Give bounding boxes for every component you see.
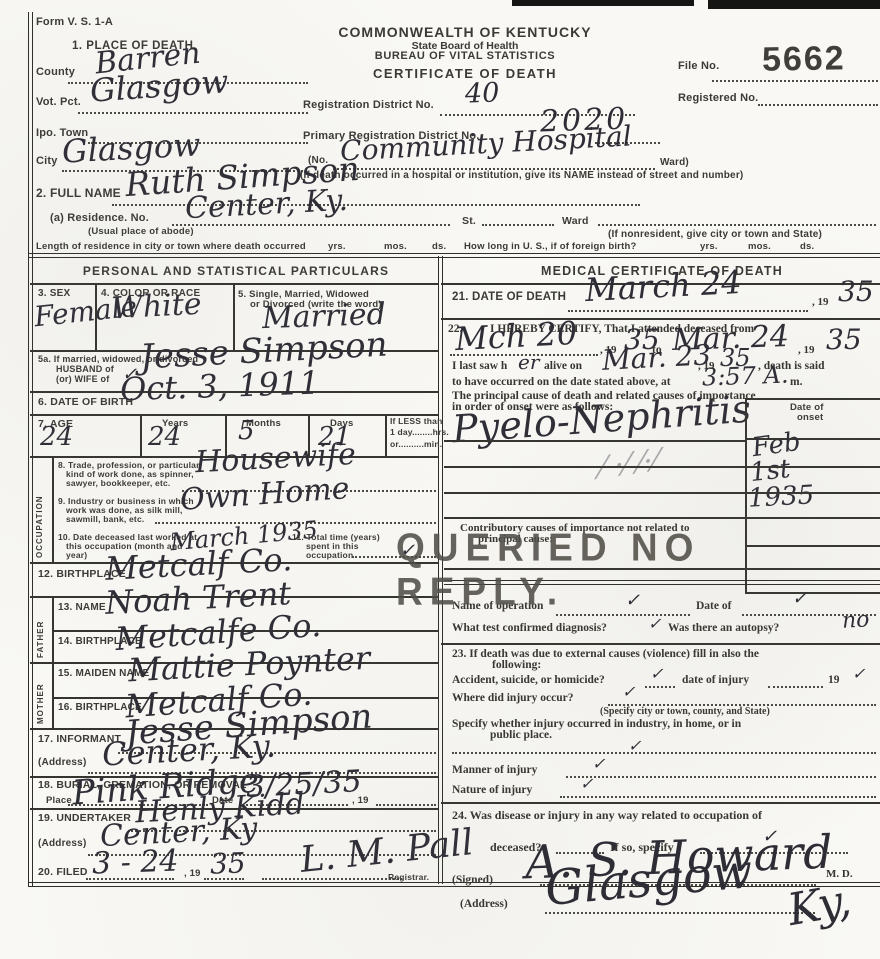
mos-label: mos.: [384, 241, 407, 252]
date-of-onset-label2: onset: [797, 412, 823, 423]
rule: [645, 686, 675, 688]
commonwealth-title: COMMONWEALTH OF KENTUCKY: [300, 24, 630, 40]
rule: [385, 414, 387, 456]
date-of-birth-value: Oct. 3, 1911: [120, 367, 320, 406]
her-value: er: [518, 352, 539, 372]
age-value: 24: [40, 424, 73, 450]
date-of-injury-label: date of injury: [682, 674, 749, 686]
registration-district-value: 40: [465, 79, 500, 107]
test-confirmed-label: What test confirmed diagnosis?: [452, 622, 607, 634]
mos-label: mos.: [748, 241, 771, 252]
if-less-hrs-label: 1 day........hrs.: [390, 427, 449, 437]
industry-value: Own Home: [179, 474, 350, 516]
hospital-note: (If death occurred in a hospital or inst…: [300, 170, 743, 181]
rule: [140, 414, 142, 456]
registrar-label: Registrar.: [388, 872, 429, 882]
filed-date-value: 3 - 24: [92, 847, 179, 880]
yrs-label: yrs.: [328, 241, 346, 252]
street-label: St.: [462, 215, 476, 227]
specify-city-note: (Specify city or town, county, and State…: [600, 706, 770, 717]
city-label: City: [36, 155, 58, 167]
rule: [768, 686, 823, 688]
pencil-marks: ⁄ ·⁄ ⁄·⁄: [598, 446, 660, 484]
abode-note: (Usual place of abode): [88, 226, 194, 237]
rule: [52, 596, 54, 662]
rule: [482, 224, 554, 226]
mother-side-label: MOTHER: [36, 666, 45, 724]
county-label: County: [36, 66, 75, 78]
last-worked-label3: year): [66, 550, 87, 560]
residence-value: Center, Ky.: [184, 186, 348, 224]
to-19-label: , 19: [798, 344, 815, 356]
date-of-death-year-value: 35: [838, 278, 874, 306]
file-no-label: File No.: [678, 60, 719, 72]
scan-edge-artifact: [708, 0, 880, 9]
nonresident-note: (If nonresident, give city or town and S…: [608, 229, 822, 240]
physician-address-state-value: Ky,: [785, 879, 855, 933]
filed-year-value: 35: [210, 849, 247, 878]
rule: [30, 414, 438, 416]
burial-date-19-label: , 19: [352, 795, 369, 806]
length-of-residence-label: Length of residence in city or town wher…: [36, 241, 306, 252]
industry-label3: sawmill, bank, etc.: [66, 514, 144, 524]
ds-label: ds.: [800, 241, 814, 252]
rule: [556, 614, 690, 616]
scan-edge-artifact: [512, 0, 694, 6]
filed-label: 20. FILED: [38, 866, 88, 878]
ds-label: ds.: [432, 241, 446, 252]
form-number: Form V. S. 1-A: [36, 16, 113, 28]
manner-of-injury-label: Manner of injury: [452, 764, 537, 776]
rule: [598, 224, 876, 226]
if-less-min-label: or..........min.: [390, 439, 442, 449]
precinct-value: Glasgow: [89, 65, 229, 107]
rule: [560, 796, 876, 798]
date-of-death-label: 21. DATE OF DEATH: [452, 291, 566, 303]
date-of-death-19-label: , 19: [812, 296, 829, 308]
if-less-label: If LESS than: [390, 416, 442, 426]
autopsy-label: Was there an autopsy?: [668, 622, 779, 634]
wife-of-label: (or) WIFE of: [56, 374, 109, 384]
registrar-signature: L. M. Pall: [299, 825, 475, 879]
file-no-stamp: 5662: [762, 39, 846, 79]
race-value: White: [111, 290, 202, 325]
date-of-birth-label: 6. DATE OF BIRTH: [38, 396, 133, 408]
rule: [441, 802, 880, 804]
undertaker-address-label: (Address): [38, 838, 86, 849]
occupation-side-label: OCCUPATION: [35, 464, 44, 558]
rule: [745, 398, 880, 400]
rule: [28, 253, 880, 258]
how-long-us-label: How long in U. S., if of foreign birth?: [464, 241, 636, 252]
husband-of-label: HUSBAND of: [56, 364, 114, 374]
age-months-value: 5: [238, 418, 255, 444]
occupation-related-question: 24. Was disease or injury in any way rel…: [452, 808, 762, 823]
rule: [452, 752, 876, 754]
rule: [566, 776, 876, 778]
rule: [78, 112, 308, 114]
where-check-mark: ✓: [622, 684, 635, 700]
filed-19-label: , 19: [184, 868, 201, 879]
occurred-m-text: m.: [790, 376, 802, 388]
rule: [28, 12, 33, 886]
personal-section-title: PERSONAL AND STATISTICAL PARTICULARS: [40, 264, 432, 278]
precinct-label: Vot. Pct.: [36, 96, 81, 108]
death-time-value: 3:57 A.: [702, 362, 789, 389]
attended-from-value: Mch 20: [454, 317, 578, 355]
rule: [204, 878, 244, 880]
specify-text2: public place.: [490, 729, 552, 741]
physician-address-label: (Address): [460, 898, 508, 910]
yrs-label: yrs.: [700, 241, 718, 252]
to-year-value: 35: [826, 326, 862, 354]
accident-check-mark: ✓: [650, 666, 663, 682]
death-certificate-scan: Form V. S. 1-A 1. PLACE OF DEATH County …: [0, 0, 880, 959]
rule: [52, 456, 54, 562]
informant-address-label: (Address): [38, 757, 86, 768]
external-causes-text2: following:: [492, 659, 541, 671]
rule: [712, 80, 878, 82]
injury-19-label: 19: [828, 674, 840, 686]
accident-label: Accident, suicide, or homicide?: [452, 674, 605, 686]
nature-of-injury-label: Nature of injury: [452, 784, 532, 796]
rule: [444, 492, 880, 494]
alive-on-text: alive on: [544, 360, 582, 372]
hospital-name-value: Community Hospital: [339, 122, 632, 165]
bureau-subtitle: BUREAU OF VITAL STATISTICS: [300, 50, 630, 62]
rule: [444, 440, 745, 442]
where-injury-label: Where did injury occur?: [452, 692, 574, 704]
last-saw-pre-text: I last saw h: [452, 360, 507, 372]
rule: [52, 662, 54, 728]
nature-check-mark: ✓: [580, 776, 593, 792]
rule: [758, 104, 878, 106]
trade-label3: sawyer, bookkeeper, etc.: [66, 478, 171, 488]
signed-label: (Signed): [452, 874, 493, 886]
occurred-text: to have occurred on the date stated abov…: [452, 376, 671, 388]
rule: [376, 804, 436, 806]
ward-suffix-label: Ward): [660, 157, 689, 168]
full-name-label: 2. FULL NAME: [36, 186, 121, 200]
total-time-label3: occupation: [306, 550, 353, 560]
rule: [568, 310, 808, 312]
injury-year-check-mark: ✓: [852, 666, 865, 682]
registered-no-label: Registered No.: [678, 92, 758, 104]
rule: [86, 878, 174, 880]
rule: [444, 466, 880, 468]
father-side-label: FATHER: [36, 600, 45, 658]
manner-check-mark: ✓: [592, 756, 605, 772]
test-check-mark: ✓: [648, 616, 661, 632]
onset-row-3: 1935: [747, 482, 814, 511]
residence-label: (a) Residence. No.: [50, 212, 149, 224]
ward-label: Ward: [562, 215, 589, 227]
registration-district-label: Registration District No.: [303, 99, 434, 111]
father-name-label: 13. NAME: [58, 602, 106, 613]
rule: [444, 517, 880, 519]
queried-no-reply-stamp: QUERIED NO REPLY.: [396, 526, 880, 614]
date-of-death-value: March 24: [584, 266, 742, 306]
rule: [441, 643, 880, 645]
age-years-value: 24: [148, 424, 181, 450]
rule: [262, 878, 402, 880]
last-saw-date-value: Mar. 23: [601, 341, 711, 375]
rule: [172, 224, 450, 226]
